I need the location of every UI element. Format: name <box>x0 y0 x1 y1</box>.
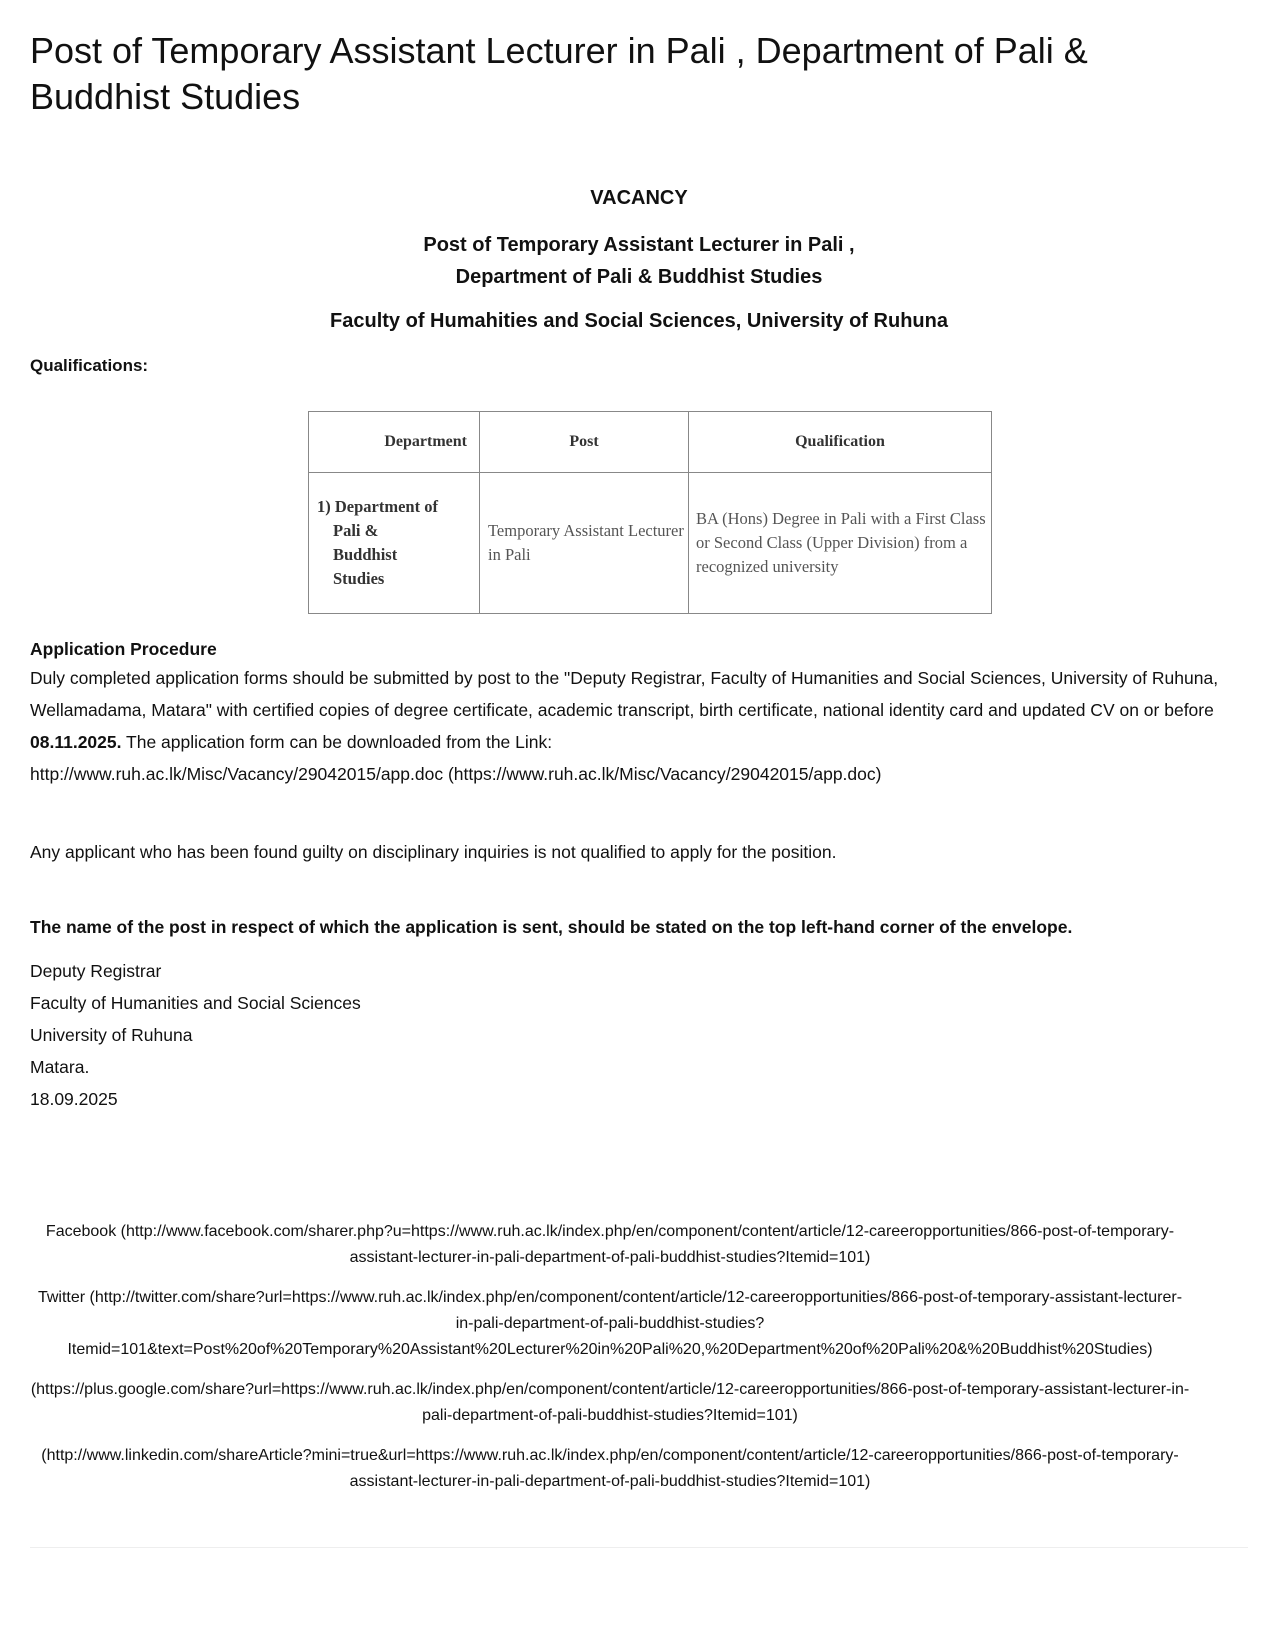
vacancy-heading: VACANCY <box>30 185 1248 211</box>
application-form-link[interactable]: http://www.ruh.ac.lk/Misc/Vacancy/290420… <box>30 764 881 784</box>
application-procedure-text: Duly completed application forms should … <box>30 662 1248 758</box>
signature-date: 18.09.2025 <box>30 1083 1248 1115</box>
procedure-text: Duly completed application forms should … <box>30 668 1218 720</box>
header-qualification: Qualification <box>689 412 992 473</box>
disciplinary-note: Any applicant who has been found guilty … <box>30 836 1248 868</box>
application-procedure: Application Procedure Duly completed app… <box>30 636 1248 790</box>
deadline-date: 08.11.2025. <box>30 732 121 752</box>
share-linkedin: (http://www.linkedin.com/shareArticle?mi… <box>30 1443 1190 1495</box>
department-line: Studies <box>317 567 478 591</box>
post-heading-line2: Department of Pali & Buddhist Studies <box>30 261 1248 293</box>
share-facebook-link[interactable]: Facebook (http://www.facebook.com/sharer… <box>46 1223 1174 1266</box>
cell-department: 1) Department of Pali & Buddhist Studies <box>309 473 480 614</box>
qualifications-label: Qualifications: <box>30 356 148 376</box>
application-procedure-heading: Application Procedure <box>30 636 1248 662</box>
department-line: Pali & <box>317 519 478 543</box>
qualifications-table: Department Post Qualification 1) Departm… <box>308 411 992 614</box>
post-heading: Post of Temporary Assistant Lecturer in … <box>30 229 1248 293</box>
signature-university: University of Ruhuna <box>30 1019 1248 1051</box>
footer-divider <box>30 1547 1248 1548</box>
share-twitter-link[interactable]: Twitter (http://twitter.com/share?url=ht… <box>38 1289 1182 1358</box>
header-post: Post <box>480 412 689 473</box>
department-line: Buddhist <box>317 543 478 567</box>
signature-city: Matara. <box>30 1051 1248 1083</box>
department-line: 1) Department of <box>317 497 438 516</box>
cell-post: Temporary Assistant Lecturer in Pali <box>480 473 689 614</box>
share-google-plus: (https://plus.google.com/share?url=https… <box>30 1377 1190 1429</box>
cell-qualification: BA (Hons) Degree in Pali with a First Cl… <box>689 473 992 614</box>
page-title: Post of Temporary Assistant Lecturer in … <box>30 28 1230 120</box>
share-twitter: Twitter (http://twitter.com/share?url=ht… <box>30 1285 1190 1363</box>
envelope-note: The name of the post in respect of which… <box>30 911 1248 943</box>
faculty-heading: Faculty of Humahities and Social Science… <box>30 308 1248 334</box>
signature-faculty: Faculty of Humanities and Social Science… <box>30 987 1248 1019</box>
table-row: 1) Department of Pali & Buddhist Studies… <box>309 473 992 614</box>
table-header-row: Department Post Qualification <box>309 412 992 473</box>
signature-block: Deputy Registrar Faculty of Humanities a… <box>30 955 1248 1115</box>
qualifications-table-image: Department Post Qualification 1) Departm… <box>308 411 992 614</box>
procedure-text: The application form can be downloaded f… <box>121 732 552 752</box>
share-linkedin-link[interactable]: (http://www.linkedin.com/shareArticle?mi… <box>41 1447 1178 1490</box>
share-facebook: Facebook (http://www.facebook.com/sharer… <box>30 1219 1190 1271</box>
share-google-plus-link[interactable]: (https://plus.google.com/share?url=https… <box>31 1381 1189 1424</box>
post-heading-line1: Post of Temporary Assistant Lecturer in … <box>30 229 1248 261</box>
signature-title: Deputy Registrar <box>30 955 1248 987</box>
header-department: Department <box>309 412 480 473</box>
